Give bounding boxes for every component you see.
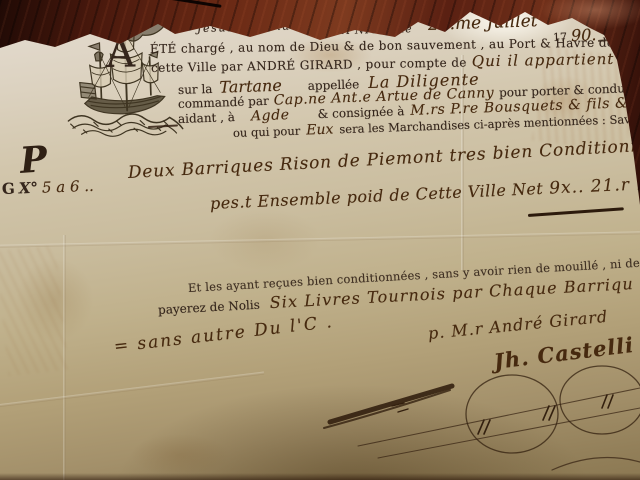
margin-numbers: 5 a 6 .. (42, 177, 94, 197)
owner-handwritten: Qui il appartient (472, 50, 615, 70)
ink-bleedthrough (0, 245, 68, 376)
cargo-weights-text: pes.t Ensemble poid de Cette Ville Net (210, 179, 544, 213)
cargo-line-1: Deux Barriques Rison de Piemont tres bie… (127, 134, 640, 183)
diagonal-crease (0, 372, 264, 408)
clause-handwritten: = sans autre Du l'C . (113, 312, 335, 357)
signature-flourish (300, 358, 640, 480)
marchandises-handwritten: Eux (306, 122, 334, 139)
bottom-edge-shadow (0, 473, 640, 480)
weights-underline-flourish (528, 207, 624, 217)
vertical-crease (63, 235, 66, 480)
photograph-of-bill-of-lading: Jesus , Maria , Joseph. A NICE , le 20.m… (0, 0, 640, 480)
margin-mark-g: G (2, 180, 15, 198)
horizontal-fold-crease (0, 231, 640, 247)
margin-mark-no: X° (18, 179, 38, 198)
destination-prefix: aidant , à (178, 110, 235, 126)
freight-printed-line-2: payerez de Nolis (158, 298, 260, 317)
destination-handwritten: Agde (251, 107, 290, 124)
cargo-weights-numbers: 9x.. 21.r 1.d 3 (549, 172, 640, 198)
marchandises-prefix: ou qui pour (233, 124, 301, 140)
cargo-line-2: pes.t Ensemble poid de Cette Ville Net9x… (210, 172, 640, 214)
signature-name: Jh. Castelli (492, 332, 635, 374)
document-paper-sheet: Jesus , Maria , Joseph. A NICE , le 20.m… (0, 0, 640, 480)
margin-mark-line: GX°5 a 6 .. (2, 177, 94, 198)
margin-mark-p: P (19, 138, 49, 182)
